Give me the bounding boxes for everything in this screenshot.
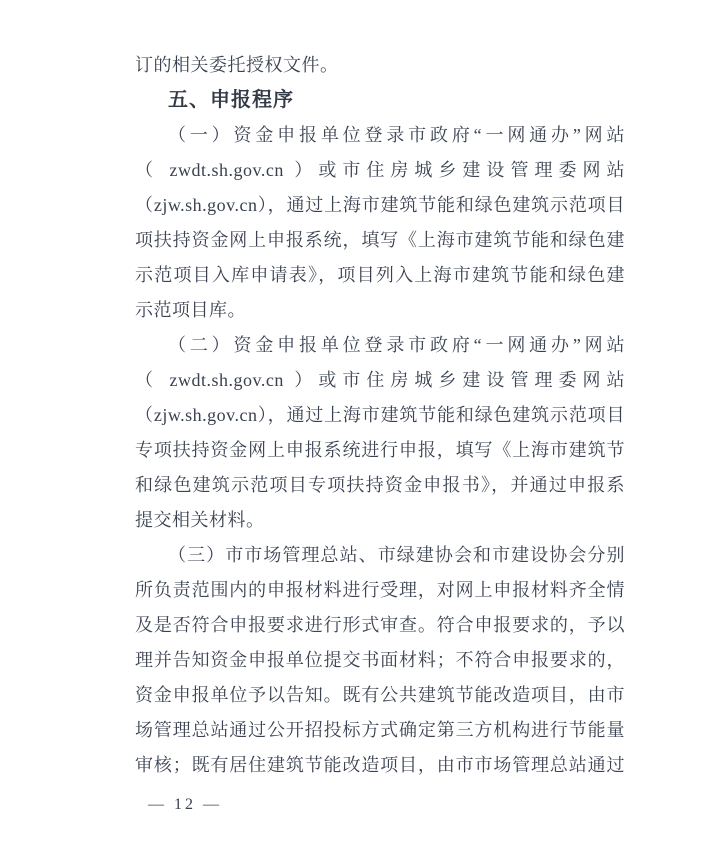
section-heading: 五、申报程序	[135, 83, 625, 118]
para2-line: （ zwdt.sh.gov.cn ）或市住房城乡建设管理委网站	[135, 363, 625, 398]
para1-line: 示范项目库。	[135, 293, 625, 328]
para3-line: 场管理总站通过公开招投标方式确定第三方机构进行节能量	[135, 713, 625, 748]
para3-line: 资金申报单位予以告知。既有公共建筑节能改造项目，由市市	[135, 678, 625, 713]
para3-line: 理并告知资金申报单位提交书面材料；不符合申报要求的，对	[135, 643, 625, 678]
para2-line: 专项扶持资金网上申报系统进行申报，填写《上海市建筑节能	[135, 433, 625, 468]
para2-line: （二）资金申报单位登录市政府“一网通办”网站	[135, 328, 625, 363]
para3-line: 审核；既有居住建筑节能改造项目，由市市场管理总站通过公	[135, 748, 625, 783]
document-page: 订的相关委托授权文件。 五、申报程序 （一）资金申报单位登录市政府“一网通办”网…	[0, 0, 716, 858]
para3-line: 及是否符合申报要求进行形式审查。符合申报要求的，予以受	[135, 608, 625, 643]
para2-line: 提交相关材料。	[135, 503, 625, 538]
para1-line: 示范项目入库申请表》，项目列入上海市建筑节能和绿色建筑	[135, 258, 625, 293]
para2-line: （zjw.sh.gov.cn），通过上海市建筑节能和绿色建筑示范项目	[135, 398, 625, 433]
page-number: — 12 —	[148, 796, 222, 814]
para3-line: （三）市市场管理总站、市绿建协会和市建设协会分别对	[135, 538, 625, 573]
carryover-line: 订的相关委托授权文件。	[135, 48, 625, 83]
para1-line: （ zwdt.sh.gov.cn ）或市住房城乡建设管理委网站	[135, 153, 625, 188]
para1-line: （一）资金申报单位登录市政府“一网通办”网站	[135, 118, 625, 153]
para2-line: 和绿色建筑示范项目专项扶持资金申报书》，并通过申报系统	[135, 468, 625, 503]
para1-line: 项扶持资金网上申报系统，填写《上海市建筑节能和绿色建筑	[135, 223, 625, 258]
para1-line: （zjw.sh.gov.cn），通过上海市建筑节能和绿色建筑示范项目专	[135, 188, 625, 223]
text-column: 订的相关委托授权文件。 五、申报程序 （一）资金申报单位登录市政府“一网通办”网…	[135, 48, 625, 783]
para3-line: 所负责范围内的申报材料进行受理，对网上申报材料齐全情况	[135, 573, 625, 608]
